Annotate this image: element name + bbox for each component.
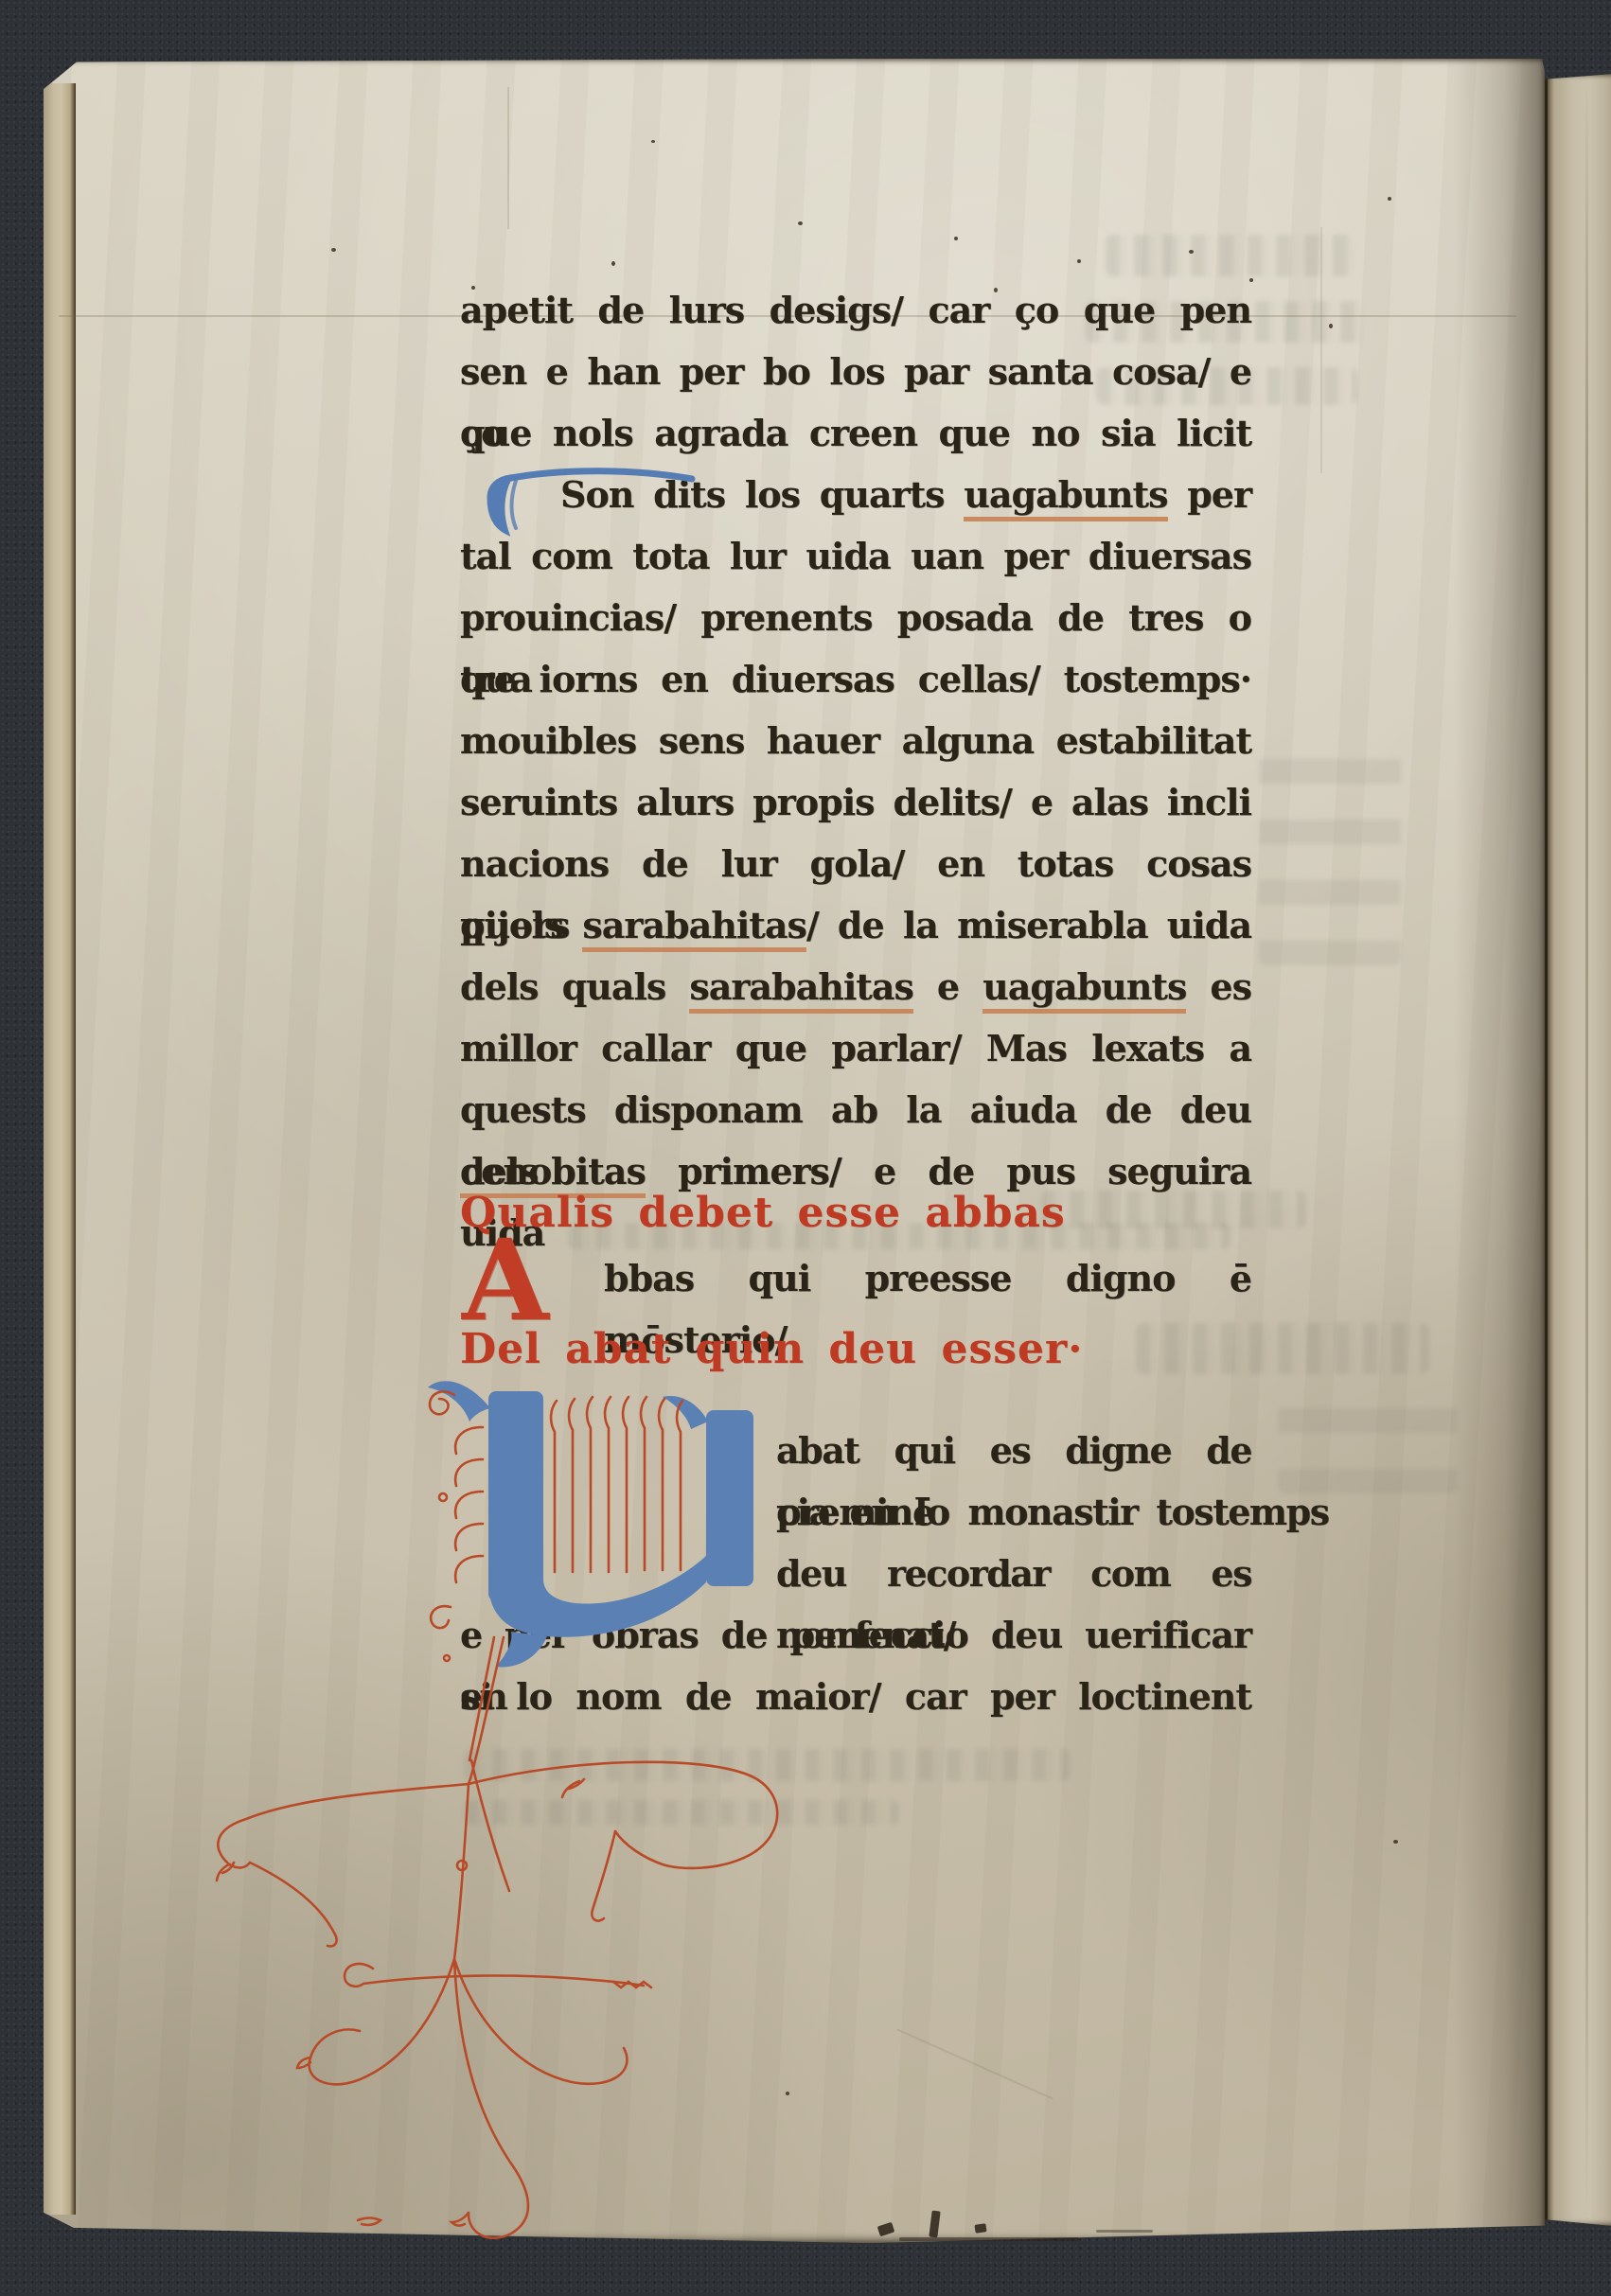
ink-speck bbox=[1077, 259, 1081, 263]
text-line: sen e han per bo los par santa cosa/ e ç… bbox=[460, 341, 1251, 402]
text-line: deu recordar com es nomenat/ bbox=[776, 1543, 1251, 1604]
rubric-line: Qualis debet esse abbas bbox=[460, 1185, 1066, 1242]
text-span: dels quals bbox=[460, 965, 689, 1008]
facing-page-edge bbox=[1545, 74, 1611, 2226]
capitulum-icon bbox=[478, 466, 705, 541]
text-line: tre iorns en diuersas cellas/ tostemps· bbox=[460, 648, 1251, 710]
underlined-word: sarabahitas bbox=[689, 965, 912, 1014]
show-through-ghost bbox=[1259, 738, 1401, 965]
text-span: e bbox=[913, 965, 983, 1008]
text-span: per bbox=[1168, 473, 1252, 516]
underlined-word: uagabunts bbox=[983, 965, 1186, 1014]
ink-speck bbox=[1388, 197, 1391, 201]
text-line: seruints alurs propis delits/ e alas inc… bbox=[460, 771, 1251, 833]
ink-speck bbox=[954, 237, 958, 240]
page-edge-leaves bbox=[44, 83, 76, 2215]
scored-line bbox=[1320, 227, 1322, 473]
underlined-word: sarabahitas bbox=[582, 904, 805, 952]
underlined-word: uagabunts bbox=[964, 473, 1167, 521]
text-span: / de la miserabla uida bbox=[806, 904, 1251, 946]
text-line: prouincias/ prenents posada de tres o qu… bbox=[460, 587, 1251, 648]
ink-speck bbox=[1329, 324, 1333, 328]
text-span: es bbox=[1186, 965, 1251, 1008]
ink-speck bbox=[611, 261, 615, 266]
gutter-shadow bbox=[1454, 59, 1545, 2243]
show-through-ghost bbox=[1278, 1389, 1458, 1493]
text-line: quels sarabahitas/ de la miserabla uida bbox=[460, 894, 1251, 956]
text-line: quests disponam ab la aiuda de deu dels bbox=[460, 1079, 1251, 1140]
text-line: que nols agrada creen que no sia licit bbox=[460, 402, 1251, 464]
manuscript-photo: apetit de lurs desigs/ car ço que pen se… bbox=[0, 0, 1611, 2296]
margin-flourish bbox=[217, 1637, 777, 2238]
initial-l-ornament bbox=[170, 1353, 833, 2296]
facing-page-crease bbox=[1585, 74, 1588, 2226]
ink-speck bbox=[331, 248, 336, 252]
text-line: nacions de lur gola/ en totas cosas pijo… bbox=[460, 833, 1251, 894]
text-line: dels quals sarabahitas e uagabunts es bbox=[460, 956, 1251, 1017]
text-span: quels bbox=[460, 904, 582, 946]
ink-speck bbox=[651, 140, 655, 143]
show-through-ghost bbox=[1106, 235, 1354, 276]
text-line: abat qui es digne de preminē bbox=[776, 1420, 1251, 1481]
ink-speck bbox=[1189, 250, 1194, 254]
text-line: bbas qui preesse digno ē mōsterio/ bbox=[460, 1247, 1251, 1309]
text-line: mouibles sens hauer alguna estabilitat bbox=[460, 710, 1251, 771]
ink-speck bbox=[1393, 1840, 1398, 1844]
text-line: apetit de lurs desigs/ car ço que pen bbox=[460, 279, 1251, 341]
ink-speck bbox=[798, 221, 803, 225]
scored-line bbox=[507, 87, 509, 229]
show-through-ghost bbox=[1136, 1323, 1429, 1374]
text-line: cia en lo monastir tostemps bbox=[776, 1481, 1251, 1543]
text-line: millor callar que parlar/ Mas lexats a bbox=[460, 1017, 1251, 1079]
